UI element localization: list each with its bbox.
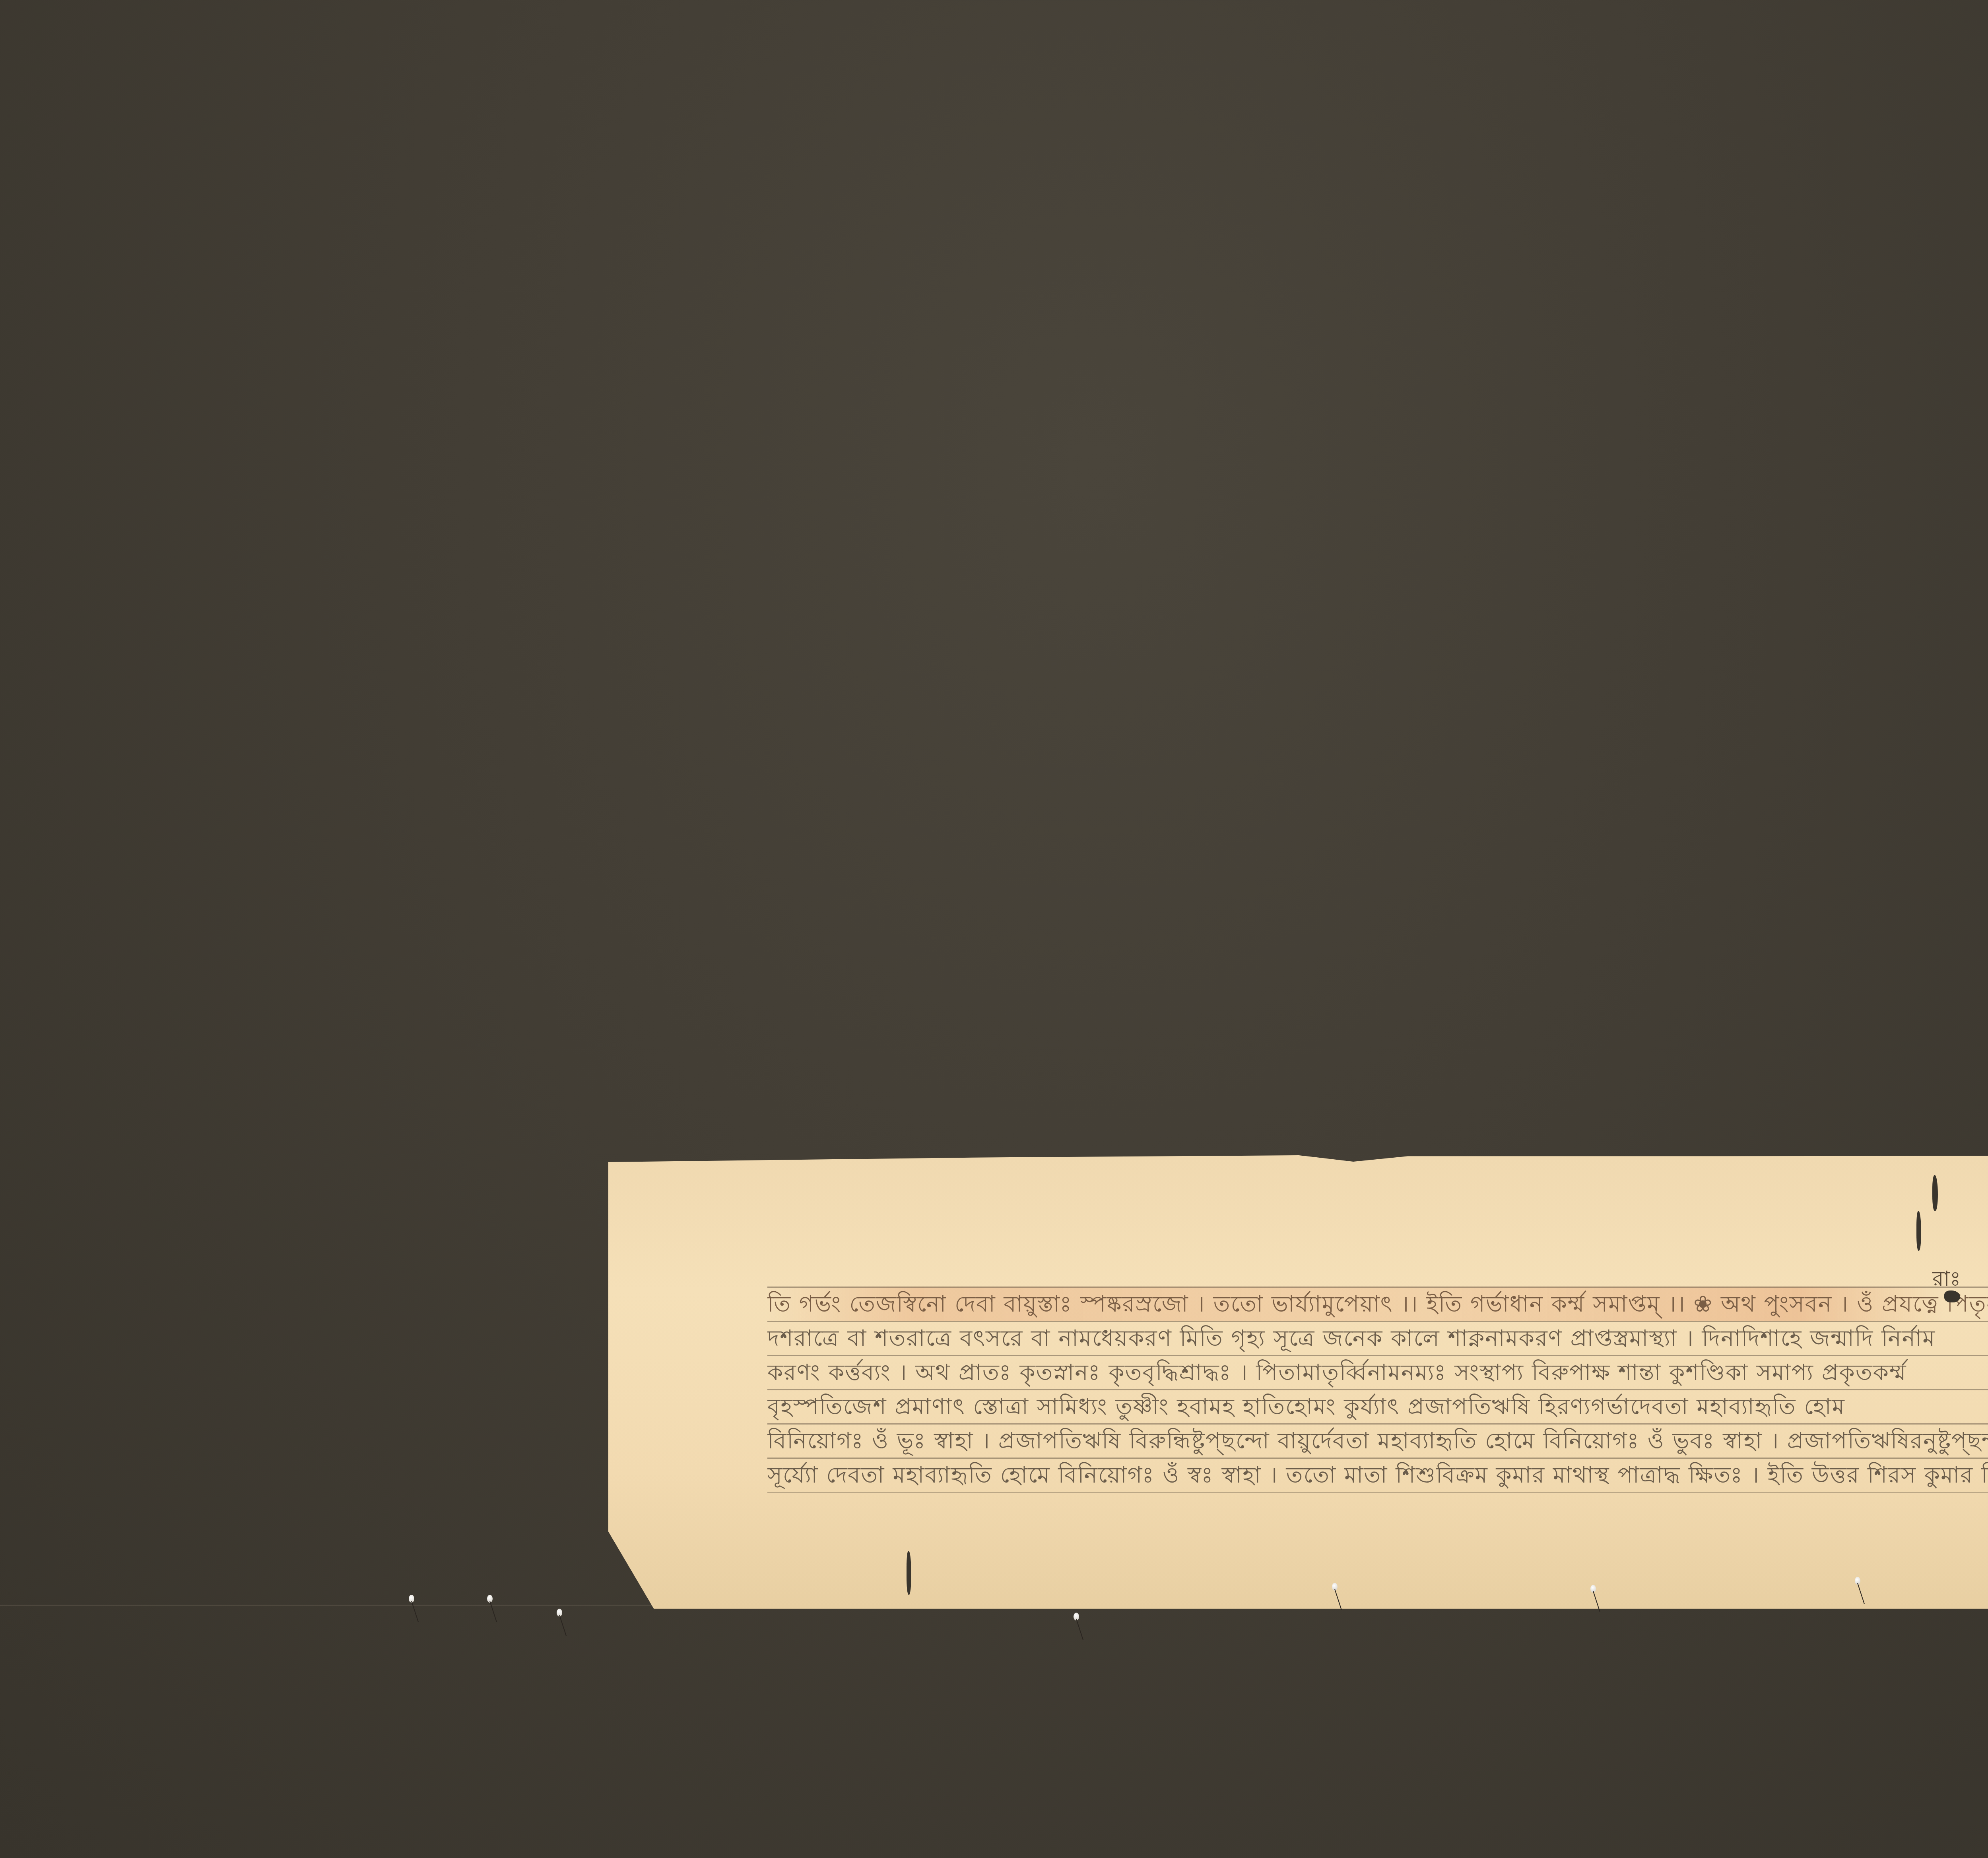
- text-line: সূর্য্যো দেবতা মহাব্যাহৃতি হোমে বিনিয়োগ…: [767, 1458, 1988, 1493]
- worm-hole: [1916, 1211, 1921, 1251]
- text-line: করণং কর্ত্তব্যং । অথ প্রাতঃ কৃতস্নানঃ কৃ…: [767, 1355, 1988, 1389]
- mounting-pin: [409, 1595, 414, 1603]
- mounting-pin: [1590, 1585, 1596, 1593]
- text-line: বৃহস্পতিজেশ প্রমাণাৎ স্তোত্রা সামিধ্যং ত…: [767, 1389, 1988, 1423]
- text-line: বিনিয়োগঃ ওঁ ভূঃ স্বাহা । প্রজাপতিঋষি বি…: [767, 1423, 1988, 1458]
- worm-hole: [1944, 1290, 1960, 1302]
- mounting-pin: [1074, 1613, 1079, 1621]
- worm-hole: [907, 1551, 911, 1595]
- text-block: তি গর্ভং তেজস্বিনো দেবা বায়ুস্তাঃ স্পষ্…: [767, 1287, 1988, 1493]
- text-line: দশরাত্রে বা শতরাত্রে বৎসরে বা নামধেয়করণ…: [767, 1321, 1988, 1355]
- manuscript-folio: রাঃ ।২৫।। তি গর্ভং তেজস্বিনো দেবা বায়ুস…: [608, 1155, 1988, 1609]
- text-line: তি গর্ভং তেজস্বিনো দেবা বায়ুস্তাঃ স্পষ্…: [767, 1287, 1988, 1321]
- mounting-pin: [557, 1609, 562, 1617]
- mounting-pin: [487, 1595, 493, 1603]
- mounting-pin: [1332, 1583, 1338, 1591]
- mounting-pin: [1855, 1577, 1860, 1585]
- worm-hole: [1932, 1175, 1938, 1211]
